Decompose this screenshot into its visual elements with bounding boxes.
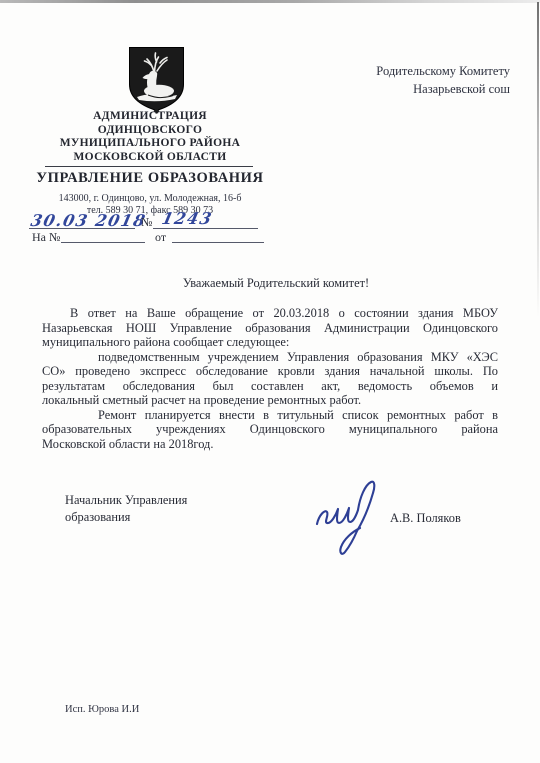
signer-position: Начальник Управления образования	[65, 492, 255, 525]
reply-underline	[61, 242, 145, 243]
signer-position-line-2: образования	[65, 509, 255, 526]
letterhead-address: 143000, г. Одинцово, ул. Молодежная, 16-…	[28, 193, 272, 205]
department-title: УПРАВЛЕНИЕ ОБРАЗОВАНИЯ	[28, 170, 272, 187]
body-line: Ремонт планируется внести в титульный сп…	[42, 408, 498, 423]
body-line: СО» проведено экспресс обследование кров…	[42, 364, 498, 379]
number-label: №	[141, 215, 152, 230]
body-paragraph: В ответ на Ваше обращение от 20.03.2018 …	[42, 306, 498, 350]
org-line: АДМИНИСТРАЦИЯ	[38, 110, 262, 124]
scanned-letter-page: Родительскому Комитету Назарьевской сош	[0, 0, 540, 763]
greeting: Уважаемый Родительский комитет!	[54, 276, 498, 291]
signer-position-line-1: Начальник Управления	[65, 492, 255, 509]
body-line: образовательных учреждениях Одинцовского…	[42, 422, 498, 437]
body-paragraph: Ремонт планируется внести в титульный сп…	[42, 408, 498, 452]
coat-of-arms-icon	[128, 46, 185, 114]
scan-edge-artifact-right	[537, 2, 539, 317]
body-line: В ответ на Ваше обращение от 20.03.2018 …	[42, 306, 498, 321]
handwritten-signature-icon	[310, 478, 390, 562]
body-line: Назарьевская НОШ Управление образования …	[42, 321, 498, 336]
from-label: от	[155, 230, 166, 245]
scan-edge-artifact-top	[0, 0, 540, 3]
reply-to-label: На №	[32, 230, 60, 245]
org-line: ОДИНЦОВСКОГО	[38, 124, 262, 138]
body-line: Московской области на 2018год.	[42, 437, 498, 452]
signer-name: А.В. Поляков	[390, 511, 461, 526]
date-underline	[29, 228, 135, 229]
recipient-line-2: Назарьевской сош	[270, 80, 510, 98]
letter-body: Уважаемый Родительский комитет! В ответ …	[42, 276, 498, 451]
org-line: МОСКОВСКОЙ ОБЛАСТИ	[38, 151, 262, 165]
body-paragraph: подведомственным учреждением Управления …	[42, 350, 498, 408]
org-line: МУНИЦИПАЛЬНОГО РАЙОНА	[38, 137, 262, 151]
number-underline	[153, 228, 258, 229]
body-line: муниципального района сообщает следующее…	[42, 335, 498, 350]
body-line: подведомственным учреждением Управления …	[42, 350, 498, 365]
letterhead-divider	[45, 166, 253, 167]
recipient-line-1: Родительскому Комитету	[270, 62, 510, 80]
organization-name-block: АДМИНИСТРАЦИЯ ОДИНЦОВСКОГО МУНИЦИПАЛЬНОГ…	[38, 110, 262, 164]
handwritten-number: 1243	[160, 209, 215, 228]
body-paragraphs: В ответ на Ваше обращение от 20.03.2018 …	[42, 306, 498, 451]
body-line: локальный сметный расчет на проведение р…	[42, 393, 498, 408]
executor-note: Исп. Юрова И.И	[65, 704, 139, 715]
recipient-block: Родительскому Комитету Назарьевской сош	[270, 62, 510, 98]
body-line: результатам обследования был составлен а…	[42, 379, 498, 394]
from-underline	[172, 242, 264, 243]
